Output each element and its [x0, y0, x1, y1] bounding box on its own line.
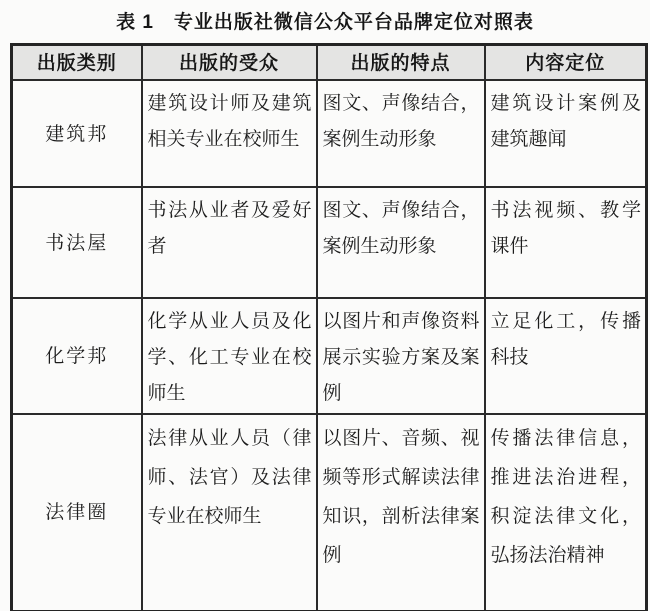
table-caption: 表 1 专业出版社微信公众平台品牌定位对照表	[0, 7, 650, 34]
cell-category: 建筑邦	[12, 80, 142, 187]
table-row: 化学邦 化学从业人员及化学、化工专业在校师生 以图片和声像资料展示实验方案及案例…	[12, 298, 647, 414]
header-cell-category: 出版类别	[12, 45, 142, 81]
cell-category: 化学邦	[12, 298, 142, 414]
cell-features: 图文、声像结合，案例生动形象	[317, 80, 485, 187]
cell-category: 法律圈	[12, 414, 142, 611]
table-row: 法律圈 法律从业人员（律师、法官）及法律专业在校师生 以图片、音频、视频等形式解…	[12, 414, 647, 611]
cell-positioning: 建筑设计案例及建筑趣闻	[485, 80, 647, 187]
table-row: 建筑邦 建筑设计师及建筑相关专业在校师生 图文、声像结合，案例生动形象 建筑设计…	[12, 80, 647, 187]
cell-features: 以图片、音频、视频等形式解读法律知识，剖析法律案例	[317, 414, 485, 611]
cell-features: 以图片和声像资料展示实验方案及案例	[317, 298, 485, 414]
header-cell-features: 出版的特点	[317, 45, 485, 81]
cell-audience: 化学从业人员及化学、化工专业在校师生	[142, 298, 317, 414]
cell-audience: 法律从业人员（律师、法官）及法律专业在校师生	[142, 414, 317, 611]
cell-audience: 书法从业者及爱好者	[142, 187, 317, 298]
cell-category: 书法屋	[12, 187, 142, 298]
cell-features: 图文、声像结合，案例生动形象	[317, 187, 485, 298]
header-cell-audience: 出版的受众	[142, 45, 317, 81]
cell-positioning: 立足化工，传播科技	[485, 298, 647, 414]
scanned-document-page: 表 1 专业出版社微信公众平台品牌定位对照表 出版类别 出版的受众 出版的特点 …	[0, 0, 650, 611]
cell-positioning: 书法视频、教学课件	[485, 187, 647, 298]
table-row: 书法屋 书法从业者及爱好者 图文、声像结合，案例生动形象 书法视频、教学课件	[12, 187, 647, 298]
cell-positioning: 传播法律信息，推进法治进程，积淀法律文化，弘扬法治精神	[485, 414, 647, 611]
header-row: 出版类别 出版的受众 出版的特点 内容定位	[12, 45, 647, 81]
cell-audience: 建筑设计师及建筑相关专业在校师生	[142, 80, 317, 187]
brand-positioning-table: 出版类别 出版的受众 出版的特点 内容定位 建筑邦 建筑设计师及建筑相关专业在校…	[10, 43, 648, 611]
header-cell-positioning: 内容定位	[485, 45, 647, 81]
